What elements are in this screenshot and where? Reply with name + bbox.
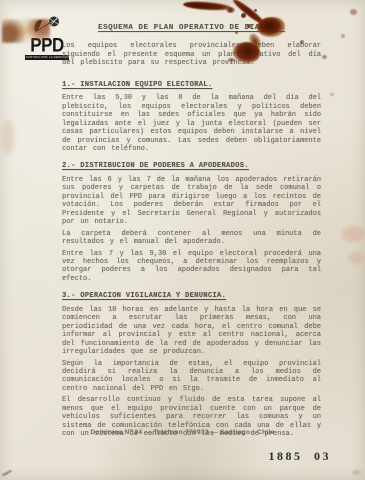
stain-smudge-right	[342, 226, 364, 242]
intro-paragraph: Los equipos electorales provinciales deb…	[62, 42, 321, 67]
stain-speck	[350, 9, 357, 15]
section-1-heading: 1.- INSTALACION EQUIPO ELECTORAL.	[62, 81, 321, 89]
section-1-paragraph-1: Entre las 5,30 y las 8 de la mañana del …	[62, 94, 321, 153]
section-2-paragraph-3: Entre las 7 y las 9,30 el equipo elector…	[62, 250, 321, 284]
footer-address: Dominica Nº 24 — Teléfono 770933 — Santi…	[0, 429, 365, 436]
stain-smudge-right	[348, 252, 364, 264]
section-3-paragraph-2: Según la importancia de estas, el equipo…	[62, 360, 321, 394]
section-3-heading: 3.- OPERACION VIGILANCIA Y DENUNCIA.	[62, 292, 321, 300]
document-title: ESQUEMA DE PLAN OPERATIVO DE DIA "D".	[62, 24, 321, 32]
section-2-paragraph-2: La carpeta deberá contener al menos una …	[62, 230, 321, 247]
stain-diagonal-streak	[231, 0, 267, 27]
document-body: ESQUEMA DE PLAN OPERATIVO DE DIA "D". Lo…	[62, 24, 321, 442]
section-3-paragraph-1: Desde las 10 horas en adelante y hasta l…	[62, 306, 321, 357]
stain-streak	[183, 0, 231, 11]
stamp-number: 1885 03	[269, 449, 332, 464]
corner-mark-bottom-left	[2, 470, 12, 476]
stain-smudge-left-edge	[2, 120, 14, 154]
stain-speck	[322, 55, 327, 59]
stain-dot	[241, 13, 246, 18]
stain-dot	[254, 9, 257, 12]
corner-mark-bottom-right	[352, 470, 361, 475]
ppd-emblem-icon	[32, 15, 62, 36]
stain-streak-end	[226, 7, 235, 13]
stain-speck	[341, 34, 345, 38]
stain-speck	[330, 93, 334, 96]
scanned-document-page: PPD PARTIDO POR LA DEMOCRACIA ESQUEMA DE…	[0, 0, 365, 480]
section-2-heading: 2.- DISTRIBUCION DE PODERES A APODERADOS…	[62, 162, 321, 170]
section-2-paragraph-1: Entre las 6 y las 7 de la mañana los apo…	[62, 176, 321, 227]
